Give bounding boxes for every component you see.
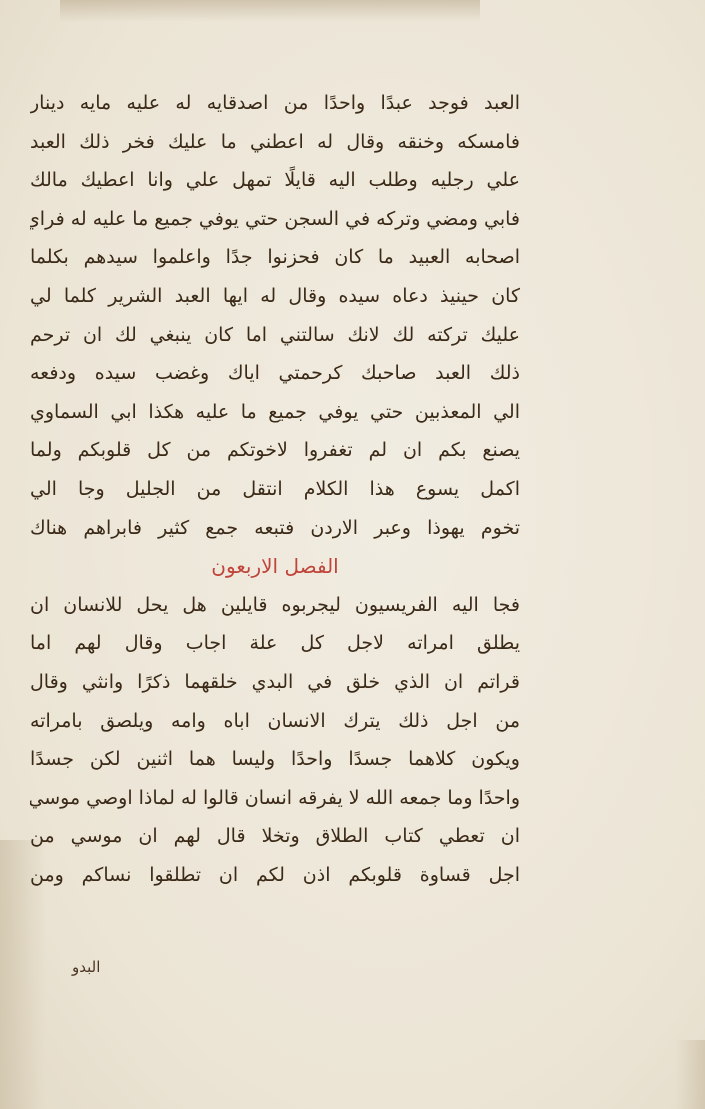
- text-line: اصحابه العبيد ما كان فحزنوا جدًا واعلموا…: [30, 238, 520, 277]
- text-line: فجا اليه الفريسيون ليجربوه قايلين هل يحل…: [30, 586, 520, 625]
- text-line: اجل قساوة قلوبكم اذن لكم ان تطلقوا نساكم…: [30, 856, 520, 895]
- text-line: واحدًا وما جمعه الله لا يفرقه انسان قالو…: [30, 779, 520, 818]
- text-line: العبد فوجد عبدًا واحدًا من اصدقايه له عل…: [30, 84, 520, 123]
- text-line: فابي ومضي وتركه في السجن حتي يوفي جميع م…: [30, 200, 520, 239]
- text-line: ذلك العبد صاحبك كرحمتي اياك وغضب سيده ود…: [30, 354, 520, 393]
- text-line: يصنع بكم ان لم تغفروا لاخوتكم من كل قلوب…: [30, 431, 520, 470]
- text-line: كان حينيذ دعاه سيده وقال له ايها العبد ا…: [30, 277, 520, 316]
- top-edge-damage: [60, 0, 480, 22]
- text-line: قراتم ان الذي خلق في البدي خلقهما ذكرًا …: [30, 663, 520, 702]
- text-line: الي المعذبين حتي يوفي جميع ما عليه هكذا …: [30, 393, 520, 432]
- text-line: ان تعطي كتاب الطلاق وتخلا قال لهم ان موس…: [30, 817, 520, 856]
- manuscript-page: العبد فوجد عبدًا واحدًا من اصدقايه له عل…: [0, 0, 705, 1109]
- text-line: ويكون كلاهما جسدًا واحدًا وليسا هما اثني…: [30, 740, 520, 779]
- text-line: تخوم يهوذا وعبر الاردن فتبعه جمع كثير فا…: [30, 509, 520, 548]
- text-line: عليك تركته لك لانك سالتني اما كان ينبغي …: [30, 316, 520, 355]
- text-block: العبد فوجد عبدًا واحدًا من اصدقايه له عل…: [30, 84, 520, 894]
- bottom-right-edge-damage: [675, 1040, 705, 1109]
- text-line: اكمل يسوع هذا الكلام انتقل من الجليل وجا…: [30, 470, 520, 509]
- chapter-heading-rubric: الفصل الاربعون: [30, 547, 520, 586]
- text-line: علي رجليه وطلب اليه قايلًا تمهل علي وانا…: [30, 161, 520, 200]
- catchword: البدو: [72, 958, 100, 976]
- text-line: يطلق امراته لاجل كل علة اجاب وقال لهم ام…: [30, 624, 520, 663]
- text-line: من اجل ذلك يترك الانسان اباه وامه ويلصق …: [30, 702, 520, 741]
- text-line: فامسكه وخنقه وقال له اعطني ما عليك فخر ذ…: [30, 123, 520, 162]
